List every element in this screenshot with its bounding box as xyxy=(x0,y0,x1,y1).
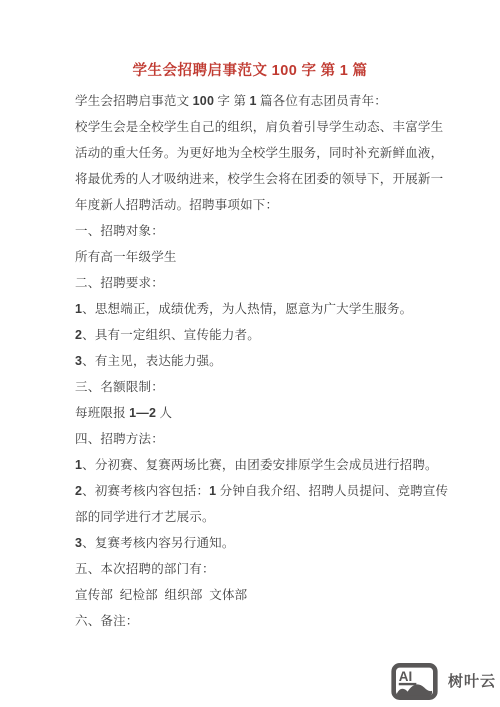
document-line: 3、有主见，表达能力强。 xyxy=(75,348,435,374)
brand-watermark: AI 树叶云 xyxy=(391,663,496,700)
document-line: 宣传部 纪检部 组织部 文体部 xyxy=(75,582,435,608)
document-title: 学生会招聘启事范文 100 字 第 1 篇 xyxy=(0,59,500,80)
document-line: 3、复赛考核内容另行通知。 xyxy=(75,530,435,556)
document-line: 部的同学进行才艺展示。 xyxy=(75,504,435,530)
document-line: 1、思想端正，成绩优秀，为人热情，愿意为广大学生服务。 xyxy=(75,296,435,322)
document-line: 四、招聘方法： xyxy=(75,426,435,452)
document-line: 五、本次招聘的部门有： xyxy=(75,556,435,582)
brand-name: 树叶云 xyxy=(448,663,496,700)
document-line: 学生会招聘启事范文 100 字 第 1 篇各位有志团员青年： xyxy=(75,88,435,114)
document-line: 所有高一年级学生 xyxy=(75,244,435,270)
document-line: 六、备注： xyxy=(75,608,435,634)
ai-image-logo-icon: AI xyxy=(391,663,438,700)
document-line: 一、招聘对象： xyxy=(75,218,435,244)
document-line: 活动的重大任务。为更好地为全校学生服务，同时补充新鲜血液， xyxy=(75,140,435,166)
document-line: 1、分初赛、复赛两场比赛，由团委安排原学生会成员进行招聘。 xyxy=(75,452,435,478)
document-line: 将最优秀的人才吸纳进来，校学生会将在团委的领导下，开展新一 xyxy=(75,166,435,192)
document-line: 年度新人招聘活动。招聘事项如下： xyxy=(75,192,435,218)
document-line: 2、具有一定组织、宣传能力者。 xyxy=(75,322,435,348)
document-line: 2、初赛考核内容包括：1 分钟自我介绍、招聘人员提问、竞聘宣传 xyxy=(75,478,435,504)
document-line: 二、招聘要求： xyxy=(75,270,435,296)
document-line: 校学生会是全校学生自己的组织，肩负着引导学生动态、丰富学生 xyxy=(75,114,435,140)
document-page: 学生会招聘启事范文 100 字 第 1 篇 学生会招聘启事范文 100 字 第 … xyxy=(0,0,500,707)
document-body: 学生会招聘启事范文 100 字 第 1 篇各位有志团员青年： 校学生会是全校学生… xyxy=(75,88,435,634)
document-line: 三、名额限制： xyxy=(75,374,435,400)
logo-ai-text: AI xyxy=(399,669,412,684)
document-line: 每班限报 1—2 人 xyxy=(75,400,435,426)
